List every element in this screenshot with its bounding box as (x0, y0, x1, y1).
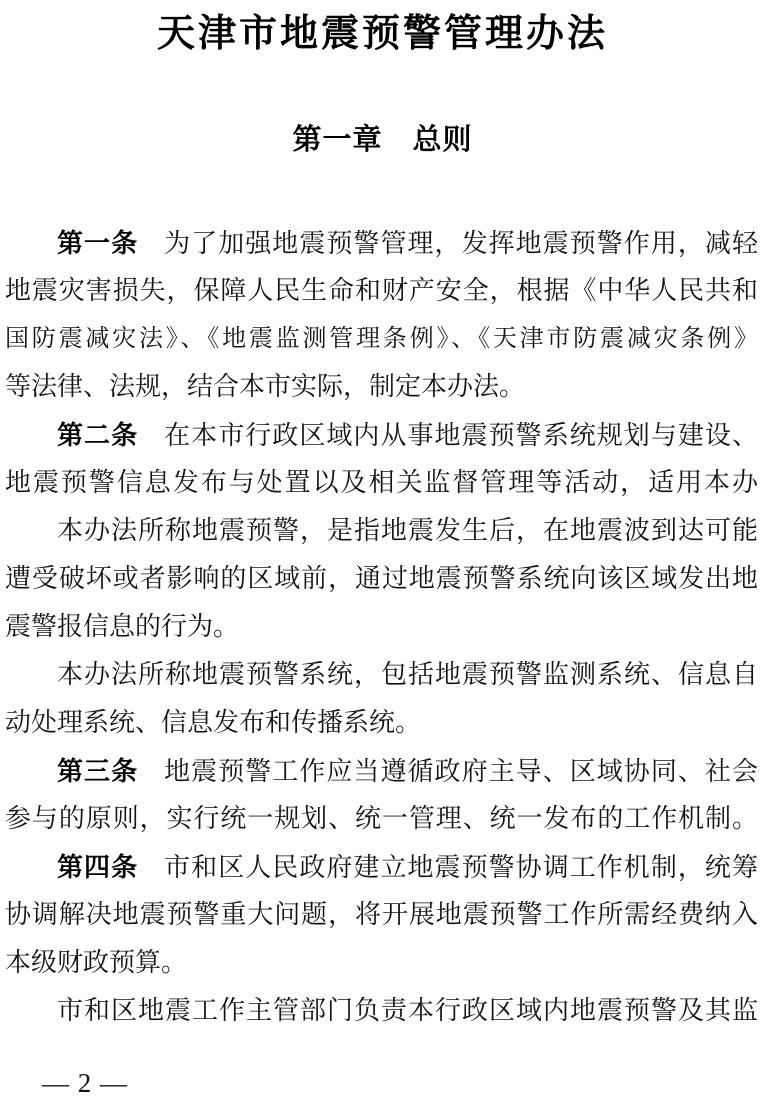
text-line: 第三条地震预警工作应当遵循政府主导、区域协同、社会 (5, 747, 758, 795)
line-text: 震警报信息的行为。 (5, 612, 239, 641)
text-line: 等法律、法规，结合本市实际，制定本办法。 (5, 363, 758, 411)
text-line: 本办法所称地震预警系统，包括地震预警监测系统、信息自 (5, 651, 758, 699)
text-line: 第一条为了加强地震预警管理，发挥地震预警作用，减轻 (5, 219, 758, 267)
text-line: 第二条在本市行政区域内从事地震预警系统规划与建设、 (5, 411, 758, 459)
line-text: 协调解决地震预警重大问题，将开展地震预警工作所需经费纳入 (5, 900, 758, 929)
text-line: 第四条市和区人民政府建立地震预警协调工作机制，统筹 (5, 843, 758, 891)
document-title: 天津市地震预警管理办法 (0, 12, 765, 56)
article-number-label: 第三条 (57, 756, 138, 786)
text-line: 地震灾害损失，保障人民生命和财产安全，根据《中华人民共和 (5, 267, 758, 315)
line-text: 本级财政预算。 (5, 948, 187, 977)
line-text: 遭受破坏或者影响的区域前，通过地震预警系统向该区域发出地 (5, 564, 758, 593)
text-line: 动处理系统、信息发布和传播系统。 (5, 699, 758, 747)
text-line: 遭受破坏或者影响的区域前，通过地震预警系统向该区域发出地 (5, 555, 758, 603)
line-text: 地震灾害损失，保障人民生命和财产安全，根据《中华人民共和 (5, 276, 758, 305)
article-number-label: 第一条 (57, 228, 138, 258)
line-text: 动处理系统、信息发布和传播系统。 (5, 708, 421, 737)
line-text: 等法律、法规，结合本市实际，制定本办法。 (5, 372, 525, 401)
line-text: 在本市行政区域内从事地震预警系统规划与建设、 (164, 421, 758, 450)
line-text: 市和区地震工作主管部门负责本行政区域内地震预警及其监 (57, 996, 758, 1025)
line-text: 为了加强地震预警管理，发挥地震预警作用，减轻 (164, 229, 758, 258)
text-line: 本级财政预算。 (5, 939, 758, 987)
document-page: 天津市地震预警管理办法 第一章 总则 第一条为了加强地震预警管理，发挥地震预警作… (0, 0, 765, 1108)
chapter-heading: 第一章 总则 (0, 122, 765, 158)
text-line: 参与的原则，实行统一规划、统一管理、统一发布的工作机制。 (5, 795, 758, 843)
line-text: 地震预警工作应当遵循政府主导、区域协同、社会 (164, 757, 758, 786)
text-line: 地震预警信息发布与处置以及相关监督管理等活动，适用本办法。 (5, 459, 758, 507)
text-line: 市和区地震工作主管部门负责本行政区域内地震预警及其监 (5, 987, 758, 1035)
article-number-label: 第四条 (57, 852, 138, 882)
text-line: 本办法所称地震预警，是指地震发生后，在地震波到达可能 (5, 507, 758, 555)
text-line: 震警报信息的行为。 (5, 603, 758, 651)
line-text: 参与的原则，实行统一规划、统一管理、统一发布的工作机制。 (5, 804, 758, 833)
page-number: — 2 — (42, 1066, 128, 1100)
line-text: 地震预警信息发布与处置以及相关监督管理等活动，适用本办法。 (5, 468, 758, 507)
line-text: 国防震减灾法》、《地震监测管理条例》、《天津市防震减灾条例》 (5, 326, 758, 352)
article-number-label: 第二条 (57, 420, 138, 450)
text-line: 国防震减灾法》、《地震监测管理条例》、《天津市防震减灾条例》 (5, 315, 758, 363)
document-body: 第一条为了加强地震预警管理，发挥地震预警作用，减轻 地震灾害损失，保障人民生命和… (5, 219, 758, 1035)
line-text: 本办法所称地震预警，是指地震发生后，在地震波到达可能 (57, 516, 758, 545)
line-text: 本办法所称地震预警系统，包括地震预警监测系统、信息自 (57, 660, 758, 689)
line-text: 市和区人民政府建立地震预警协调工作机制，统筹 (164, 853, 758, 882)
text-line: 协调解决地震预警重大问题，将开展地震预警工作所需经费纳入 (5, 891, 758, 939)
